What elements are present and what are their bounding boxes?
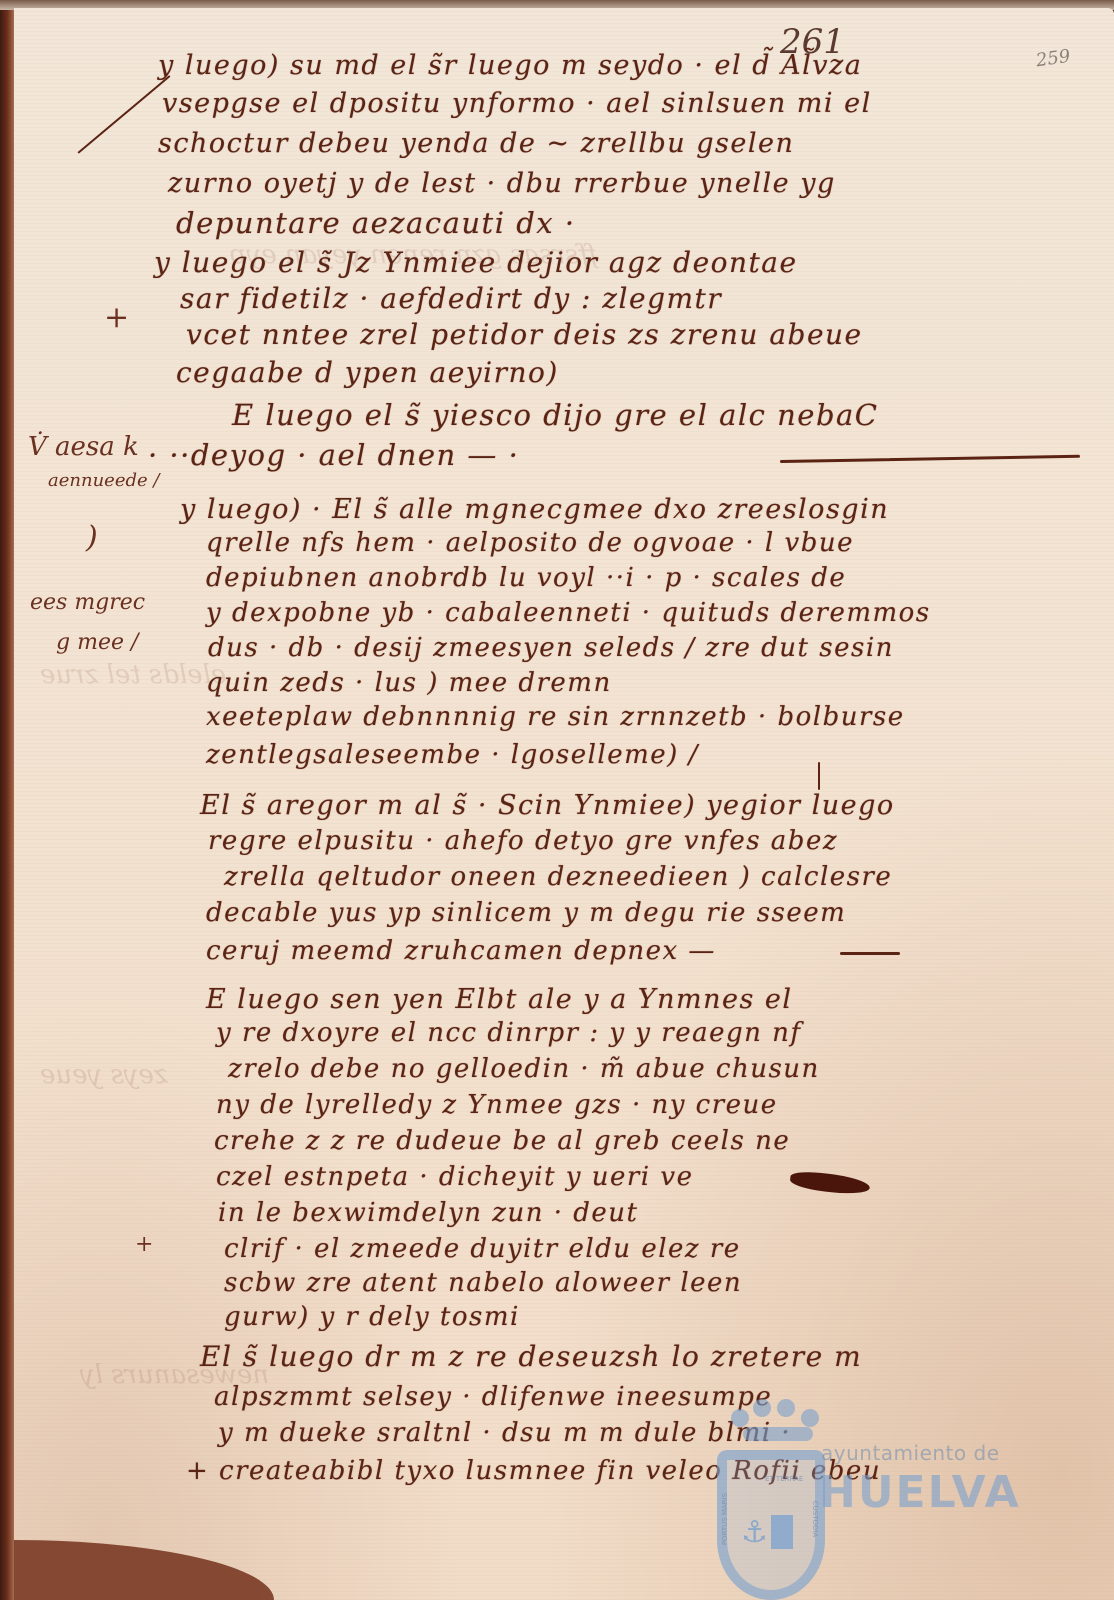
margin-note: ) [86,520,98,555]
manuscript-line: ny de lyrelledy z Ynmee gzs · ny creue [216,1090,778,1120]
manuscript-line: vcet nntee zrel petidor deis zs zrenu ab… [186,318,863,351]
manuscript-line: zrelo debe no gelloedin · m̃ abue chusun [228,1054,820,1084]
line-filler-stroke [840,952,900,955]
manuscript-line: y luego) su md el s̃r luego m seydo · el… [158,50,862,81]
manuscript-line: quin zeds · lus ) mee dremn [206,668,612,698]
manuscript-line: regre elpusitu · ahefo detyo gre vnfes a… [208,826,838,856]
manuscript-line: El s̃ luego dr m z re deseuzsh lo zreter… [200,1340,862,1373]
manuscript-line: xeeteplaw debnnnnig re sin zrnnzetb · bo… [206,702,905,732]
crown-icon [723,1395,823,1450]
manuscript-line: E luego el s̃ yiesco dijo gre el alc neb… [232,398,879,432]
watermark-institution-name: HUELVA [819,1467,1021,1518]
manuscript-line: depiubnen anobrdb lu voyl ··i · p · scal… [206,563,846,593]
manuscript-line: scbw zre atent nabelo aloweer leen [224,1268,742,1298]
margin-note: ees mgrec [30,590,145,615]
manuscript-line: vsepgse el dpositu ynformo · ael sinlsue… [162,88,872,119]
manuscript-line: crehe z z re dudeue be al greb ceels ne [214,1126,790,1156]
margin-note: + [104,300,129,335]
manuscript-line: zrella qeltudor oneen dezneedieen ) calc… [224,862,892,892]
manuscript-line: schoctur debeu yenda de ~ zrellbu gselen [158,128,794,159]
margin-note: V̇ aesa k [28,432,139,462]
watermark-institution-small: ayuntamiento de [821,1441,1000,1465]
manuscript-line: ceruj meemd zruhcamen depnex — [206,936,716,966]
margin-note: + [135,1232,153,1257]
manuscript-line: zurno oyetj y de lest · dbu rrerbue ynel… [168,168,836,199]
manuscript-line: y dexpobne yb · cabaleenneti · quituds d… [206,598,931,628]
bleed-through-text: zeys yeue [40,1060,168,1090]
manuscript-line: y re dxoyre el ncc dinrpr : y y reaegn n… [216,1018,802,1048]
line-filler-stroke [818,762,820,790]
tower-icon [771,1515,793,1549]
manuscript-line: zentlegsaleseembe · lgoselleme) / [206,740,699,770]
margin-note: g mee / [56,630,138,655]
archive-watermark: ET TERRAE PORTUS MARIS CUSTODIA ⚓ ayunta… [693,1395,1023,1595]
manuscript-line: El s̃ aregor m al s̃ · Scin Ynmiee) yegi… [200,790,895,821]
margin-note: aennueede / [48,470,159,491]
manuscript-line: dus · db · desij zmeesyen seleds / zre d… [208,633,894,663]
manuscript-line: y luego) · El s̃ alle mgnecgmee dxo zree… [180,494,889,525]
manuscript-line: in le bexwimdelyn zun · deut [218,1198,638,1228]
manuscript-line: depuntare aezacauti dx · [176,206,576,240]
manuscript-line: decable yus yp sinlicem y m degu rie sse… [206,898,846,928]
manuscript-line: · ··deyog · ael dnen — · [148,438,519,472]
watermark-motto-top: ET TERRAE [765,1475,803,1483]
anchor-icon: ⚓ [741,1515,768,1550]
manuscript-line: gurw) y r dely tosmi [224,1302,520,1332]
manuscript-line: E luego sen yen Elbt ale y a Ynmnes el [206,984,793,1015]
manuscript-line: y luego el s̃ Jz Ynmiee dejior agz deont… [154,246,798,279]
manuscript-line: qrelle nfs hem · aelposito de ogvoae · l… [206,528,854,558]
manuscript-line: alpszmmt selsey · dlifenwe ineesumpe [214,1382,772,1412]
manuscript-line: clrif · el zmeede duyitr eldu elez re [224,1234,741,1264]
manuscript-line: cegaabe d ypen aeyirno) [176,356,559,389]
manuscript-line: sar fidetilz · aefdedirt dy : zlegmtr [180,282,722,315]
watermark-motto-left: PORTUS MARIS [721,1493,729,1545]
bleed-through-text: elelds tel zrue [40,660,226,690]
manuscript-line: czel estnpeta · dicheyit y ueri ve [216,1162,693,1192]
